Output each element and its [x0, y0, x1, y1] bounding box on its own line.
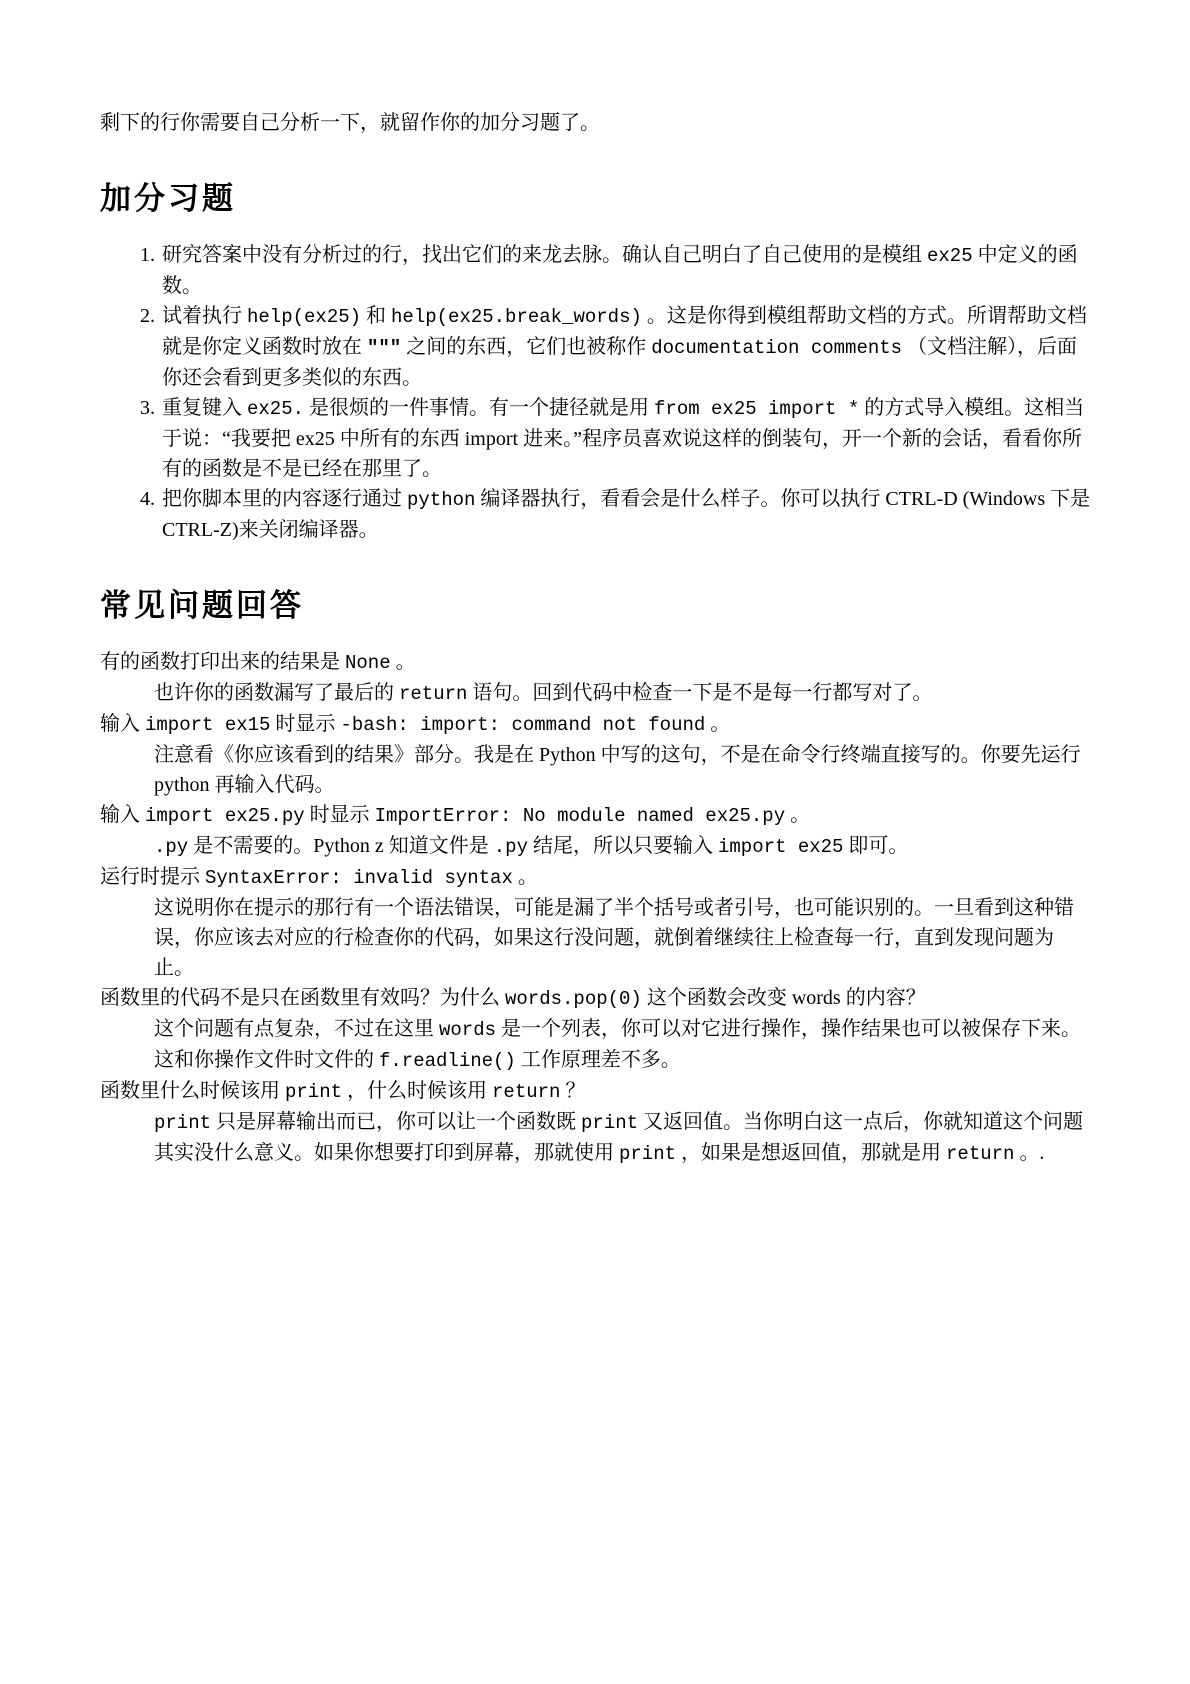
code-span: help(ex25.break_words) — [391, 306, 642, 328]
intro-paragraph: 剩下的行你需要自己分析一下，就留作你的加分习题了。 — [100, 108, 1092, 138]
code-span: f.readline() — [379, 1050, 516, 1072]
code-span: import ex15 — [145, 714, 270, 736]
bonus-list-item: 试着执行 help(ex25) 和 help(ex25.break_words)… — [160, 301, 1092, 393]
code-span: .py — [494, 836, 528, 858]
section-title-faq: 常见问题回答 — [100, 587, 1092, 625]
section-title-bonus: 加分习题 — [100, 180, 1092, 218]
code-span: ex25 — [927, 245, 973, 267]
text-span: 。 — [705, 713, 730, 735]
code-span: SyntaxError: invalid syntax — [205, 867, 513, 889]
code-span: -bash: import: command not found — [340, 714, 705, 736]
faq-question: 输入 import ex25.py 时显示 ImportError: No mo… — [100, 800, 1092, 831]
faq-list: 有的函数打印出来的结果是 None 。也许你的函数漏写了最后的 return 语… — [100, 647, 1092, 1169]
document-page: 剩下的行你需要自己分析一下，就留作你的加分习题了。 加分习题 研究答案中没有分析… — [0, 0, 1190, 1684]
text-span: 结尾，所以只要输入 — [528, 835, 718, 857]
faq-answer: print 只是屏幕输出而已，你可以让一个函数既 print 又返回值。当你明白… — [154, 1107, 1092, 1169]
code-span: return — [492, 1081, 560, 1103]
text-span: 函数里的代码不是只在函数里有效吗？为什么 — [100, 987, 505, 1009]
code-span: python — [407, 489, 475, 511]
text-span: 之间的东西，它们也被称作 — [401, 336, 651, 358]
text-span: 研究答案中没有分析过的行，找出它们的来龙去脉。确认自己明白了自己使用的是模组 — [162, 244, 927, 266]
text-span: 输入 — [100, 713, 145, 735]
faq-question: 运行时提示 SyntaxError: invalid syntax 。 — [100, 862, 1092, 893]
text-span: 把你脚本里的内容逐行通过 — [162, 488, 407, 510]
faq-answer: .py 是不需要的。Python z 知道文件是 .py 结尾，所以只要输入 i… — [154, 831, 1092, 862]
code-span: words.pop(0) — [505, 988, 642, 1010]
text-span: 剩下的行你需要自己分析一下，就留作你的加分习题了。 — [100, 112, 600, 134]
text-span: 这说明你在提示的那行有一个语法错误，可能是漏了半个括号或者引号，也可能识别的。一… — [154, 897, 1074, 979]
text-span: 和 — [361, 305, 391, 327]
faq-answer: 这个问题有点复杂，不过在这里 words 是一个列表，你可以对它进行操作，操作结… — [154, 1014, 1092, 1076]
bonus-list-item: 把你脚本里的内容逐行通过 python 编译器执行，看看会是什么样子。你可以执行… — [160, 484, 1092, 545]
code-span: return — [946, 1143, 1014, 1165]
faq-answer: 这说明你在提示的那行有一个语法错误，可能是漏了半个括号或者引号，也可能识别的。一… — [154, 893, 1092, 983]
text-span: 。 — [513, 866, 538, 888]
code-span: ex25. — [247, 398, 304, 420]
text-span: 。 — [785, 804, 810, 826]
code-span: return — [399, 683, 467, 705]
text-span: 。. — [1014, 1142, 1044, 1164]
faq-question: 函数里的代码不是只在函数里有效吗？为什么 words.pop(0) 这个函数会改… — [100, 983, 1092, 1014]
bonus-list-item: 重复键入 ex25. 是很烦的一件事情。有一个捷径就是用 from ex25 i… — [160, 393, 1092, 484]
faq-answer: 也许你的函数漏写了最后的 return 语句。回到代码中检查一下是不是每一行都写… — [154, 678, 1092, 709]
code-span: """ — [367, 337, 401, 359]
code-span: import ex25 — [718, 836, 843, 858]
text-span: 函数里什么时候该用 — [100, 1080, 285, 1102]
text-span: ，什么时候该用 — [342, 1080, 492, 1102]
code-span: ImportError: No module named ex25.py — [375, 805, 785, 827]
text-span: ，如果是想返回值，那就是用 — [676, 1142, 946, 1164]
text-span: 只是屏幕输出而已，你可以让一个函数既 — [211, 1111, 581, 1133]
text-span: ？ — [560, 1080, 585, 1102]
code-span: print — [619, 1143, 676, 1165]
text-span: 即可。 — [843, 835, 908, 857]
code-span: import ex25.py — [145, 805, 305, 827]
bonus-exercise-list: 研究答案中没有分析过的行，找出它们的来龙去脉。确认自己明白了自己使用的是模组 e… — [100, 240, 1092, 545]
text-span: 。 — [391, 651, 416, 673]
text-span: 这个问题有点复杂，不过在这里 — [154, 1018, 439, 1040]
code-span: print — [154, 1112, 211, 1134]
text-span: 运行时提示 — [100, 866, 205, 888]
code-span: documentation comments — [651, 337, 902, 359]
text-span: 也许你的函数漏写了最后的 — [154, 682, 399, 704]
code-span: help(ex25) — [247, 306, 361, 328]
text-span: 时显示 — [270, 713, 340, 735]
text-span: 输入 — [100, 804, 145, 826]
text-span: 工作原理差不多。 — [516, 1049, 681, 1071]
code-span: print — [285, 1081, 342, 1103]
text-span: 这个函数会改变 words 的内容？ — [642, 987, 926, 1009]
code-span: None — [345, 652, 391, 674]
text-span: 重复键入 — [162, 397, 247, 419]
text-span: 时显示 — [305, 804, 375, 826]
code-span: .py — [154, 836, 188, 858]
bonus-list-item: 研究答案中没有分析过的行，找出它们的来龙去脉。确认自己明白了自己使用的是模组 e… — [160, 240, 1092, 301]
faq-question: 有的函数打印出来的结果是 None 。 — [100, 647, 1092, 678]
faq-question: 输入 import ex15 时显示 -bash: import: comman… — [100, 709, 1092, 740]
code-span: from ex25 import * — [654, 398, 859, 420]
text-span: 试着执行 — [162, 305, 247, 327]
text-span: 注意看《你应该看到的结果》部分。我是在 Python 中写的这句，不是在命令行终… — [154, 744, 1081, 796]
text-span: 是不需要的。Python z 知道文件是 — [188, 835, 494, 857]
faq-question: 函数里什么时候该用 print ，什么时候该用 return ？ — [100, 1076, 1092, 1107]
text-span: 是很烦的一件事情。有一个捷径就是用 — [304, 397, 654, 419]
text-span: 有的函数打印出来的结果是 — [100, 651, 345, 673]
code-span: words — [439, 1019, 496, 1041]
code-span: print — [581, 1112, 638, 1134]
text-span: 语句。回到代码中检查一下是不是每一行都写对了。 — [467, 682, 932, 704]
faq-answer: 注意看《你应该看到的结果》部分。我是在 Python 中写的这句，不是在命令行终… — [154, 740, 1092, 800]
